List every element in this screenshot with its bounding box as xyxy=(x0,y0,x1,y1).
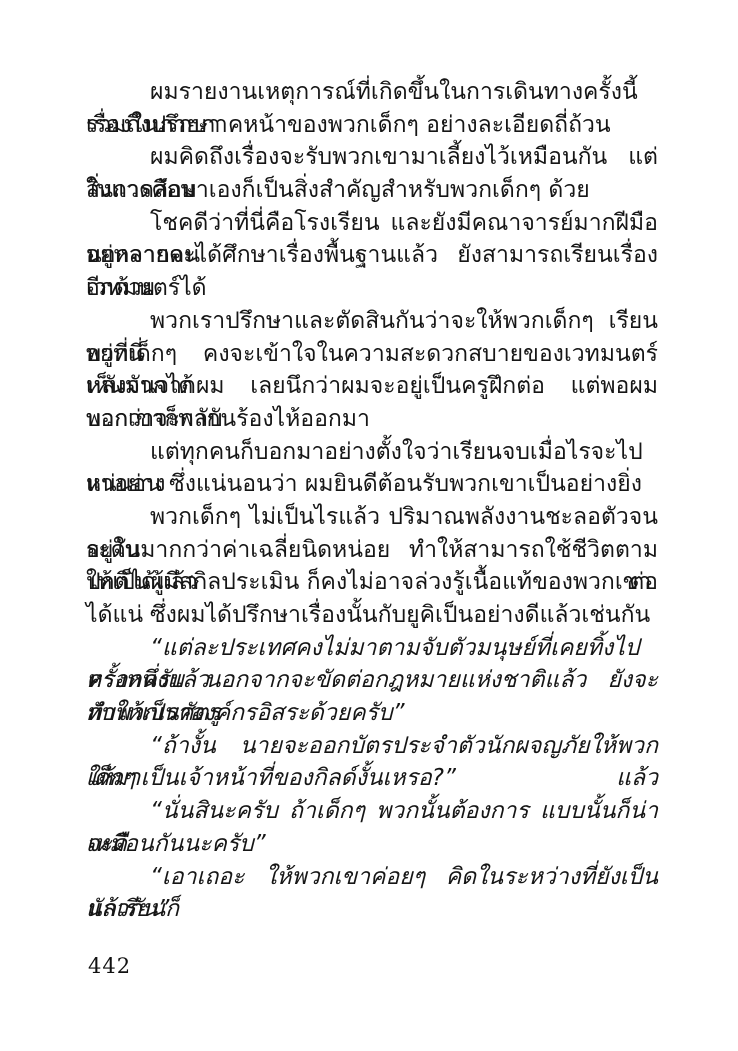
text-line: พวกเราปรึกษาและตัดสินกันว่าจะให้พวกเด็กๆ… xyxy=(86,305,658,338)
text-line: พวกเด็กๆ ไม่เป็นไรแล้ว ปริมาณพลังงานชะลอ… xyxy=(86,501,658,534)
text-line: ในการศึกษาเองก็เป็นสิ่งสำคัญสำหรับพวกเด็… xyxy=(86,174,658,207)
narrative-paragraph: ซึ่งผมได้ปรึกษาเรื่องนั้นกับยูคิเป็นอย่า… xyxy=(86,599,658,632)
text-line: แน่นอน ซึ่งแน่นอนว่า ผมยินดีต้อนรับพวกเข… xyxy=(86,468,658,501)
text-line: ซึ่งผมได้ปรึกษาเรื่องนั้นกับยูคิเป็นอย่า… xyxy=(86,599,658,632)
text-line: ระดับมากกว่าค่าเฉลี่ยนิดหน่อย ทำให้สามาร… xyxy=(86,534,658,567)
narrative-paragraph: โชคดีว่าที่นี่คือโรงเรียน และยังมีคณาจาร… xyxy=(86,207,658,305)
text-line: ผมคิดถึงเรื่องจะรับพวกเขามาเลี้ยงไว้เหมื… xyxy=(86,141,658,174)
text-line: “เอาเถอะ ให้พวกเขาค่อยๆ คิดในระหว่างที่ย… xyxy=(86,861,658,894)
page-number: 442 xyxy=(88,954,131,978)
text-line: “แต่ละประเทศคงไม่มาตามจับตัวมนุษย์ที่เคย… xyxy=(86,632,658,665)
text-line: โชคดีว่าที่นี่คือโรงเรียน และยังมีคณาจาร… xyxy=(86,207,658,240)
narrative-paragraph: ผมคิดถึงเรื่องจะรับพวกเขามาเลี้ยงไว้เหมื… xyxy=(86,141,658,206)
narrative-paragraph: ผมรายงานเหตุการณ์ที่เกิดขึ้นในการเดินทาง… xyxy=(86,76,658,141)
dialogue-paragraph: “เอาเถอะ ให้พวกเขาค่อยๆ คิดในระหว่างที่ย… xyxy=(86,861,658,926)
narrative-paragraph: พวกเด็กๆ ไม่เป็นไรแล้ว ปริมาณพลังงานชะลอ… xyxy=(86,501,658,599)
narrative-paragraph: พวกเราปรึกษาและตัดสินกันว่าจะให้พวกเด็กๆ… xyxy=(86,305,658,436)
text-line: ให้เป็นผู้มีสกิลประเมิน ก็คงไม่อาจล่วงรู… xyxy=(86,566,658,599)
text-line: หรอกครับ นอกจากจะขัดต่อกฎหมายแห่งชาติแล้… xyxy=(86,664,658,697)
text-line: เห็นมันจากผม เลยนึกว่าผมจะอยู่เป็นครูฝึก… xyxy=(86,370,658,403)
text-line: กับพวกเราองค์กรอิสระด้วยครับ” xyxy=(86,697,658,730)
text-line: เหมือนกันนะครับ” xyxy=(86,828,658,861)
narrative-paragraph: แต่ทุกคนก็บอกมาอย่างตั้งใจว่าเรียนจบเมื่… xyxy=(86,436,658,501)
dialogue-paragraph: “นั่นสินะครับ ถ้าเด็กๆ พวกนั้นต้องการ แบ… xyxy=(86,795,658,860)
text-line: พวกเด็กๆ คงจะเข้าใจในความสะดวกสบายของเวท… xyxy=(86,338,658,371)
dialogue-paragraph: “ถ้างั้น นายจะออกบัตรประจำตัวนักผจญภัยให… xyxy=(86,730,658,795)
text-line: นอกจากจะได้ศึกษาเรื่องพื้นฐานแล้ว ยังสาม… xyxy=(86,239,658,272)
text-line: “นั่นสินะครับ ถ้าเด็กๆ พวกนั้นต้องการ แบ… xyxy=(86,795,658,828)
text-line: แต่ทุกคนก็บอกมาอย่างตั้งใจว่าเรียนจบเมื่… xyxy=(86,436,658,469)
text-line: ผมรายงานเหตุการณ์ที่เกิดขึ้นในการเดินทาง… xyxy=(86,76,658,109)
dialogue-paragraph: “แต่ละประเทศคงไม่มาตามจับตัวมนุษย์ที่เคย… xyxy=(86,632,658,730)
book-page: ผมรายงานเหตุการณ์ที่เกิดขึ้นในการเดินทาง… xyxy=(0,0,738,1051)
text-line: “ถ้างั้น นายจะออกบัตรประจำตัวนักผจญภัยให… xyxy=(86,730,658,763)
text-block: ผมรายงานเหตุการณ์ที่เกิดขึ้นในการเดินทาง… xyxy=(86,76,658,926)
text-line: เรื่องในภายภาคหน้าของพวกเด็กๆ อย่างละเอี… xyxy=(86,109,658,142)
text-line: พวกเขาก็พากันร้องไห้ออกมา xyxy=(86,403,658,436)
